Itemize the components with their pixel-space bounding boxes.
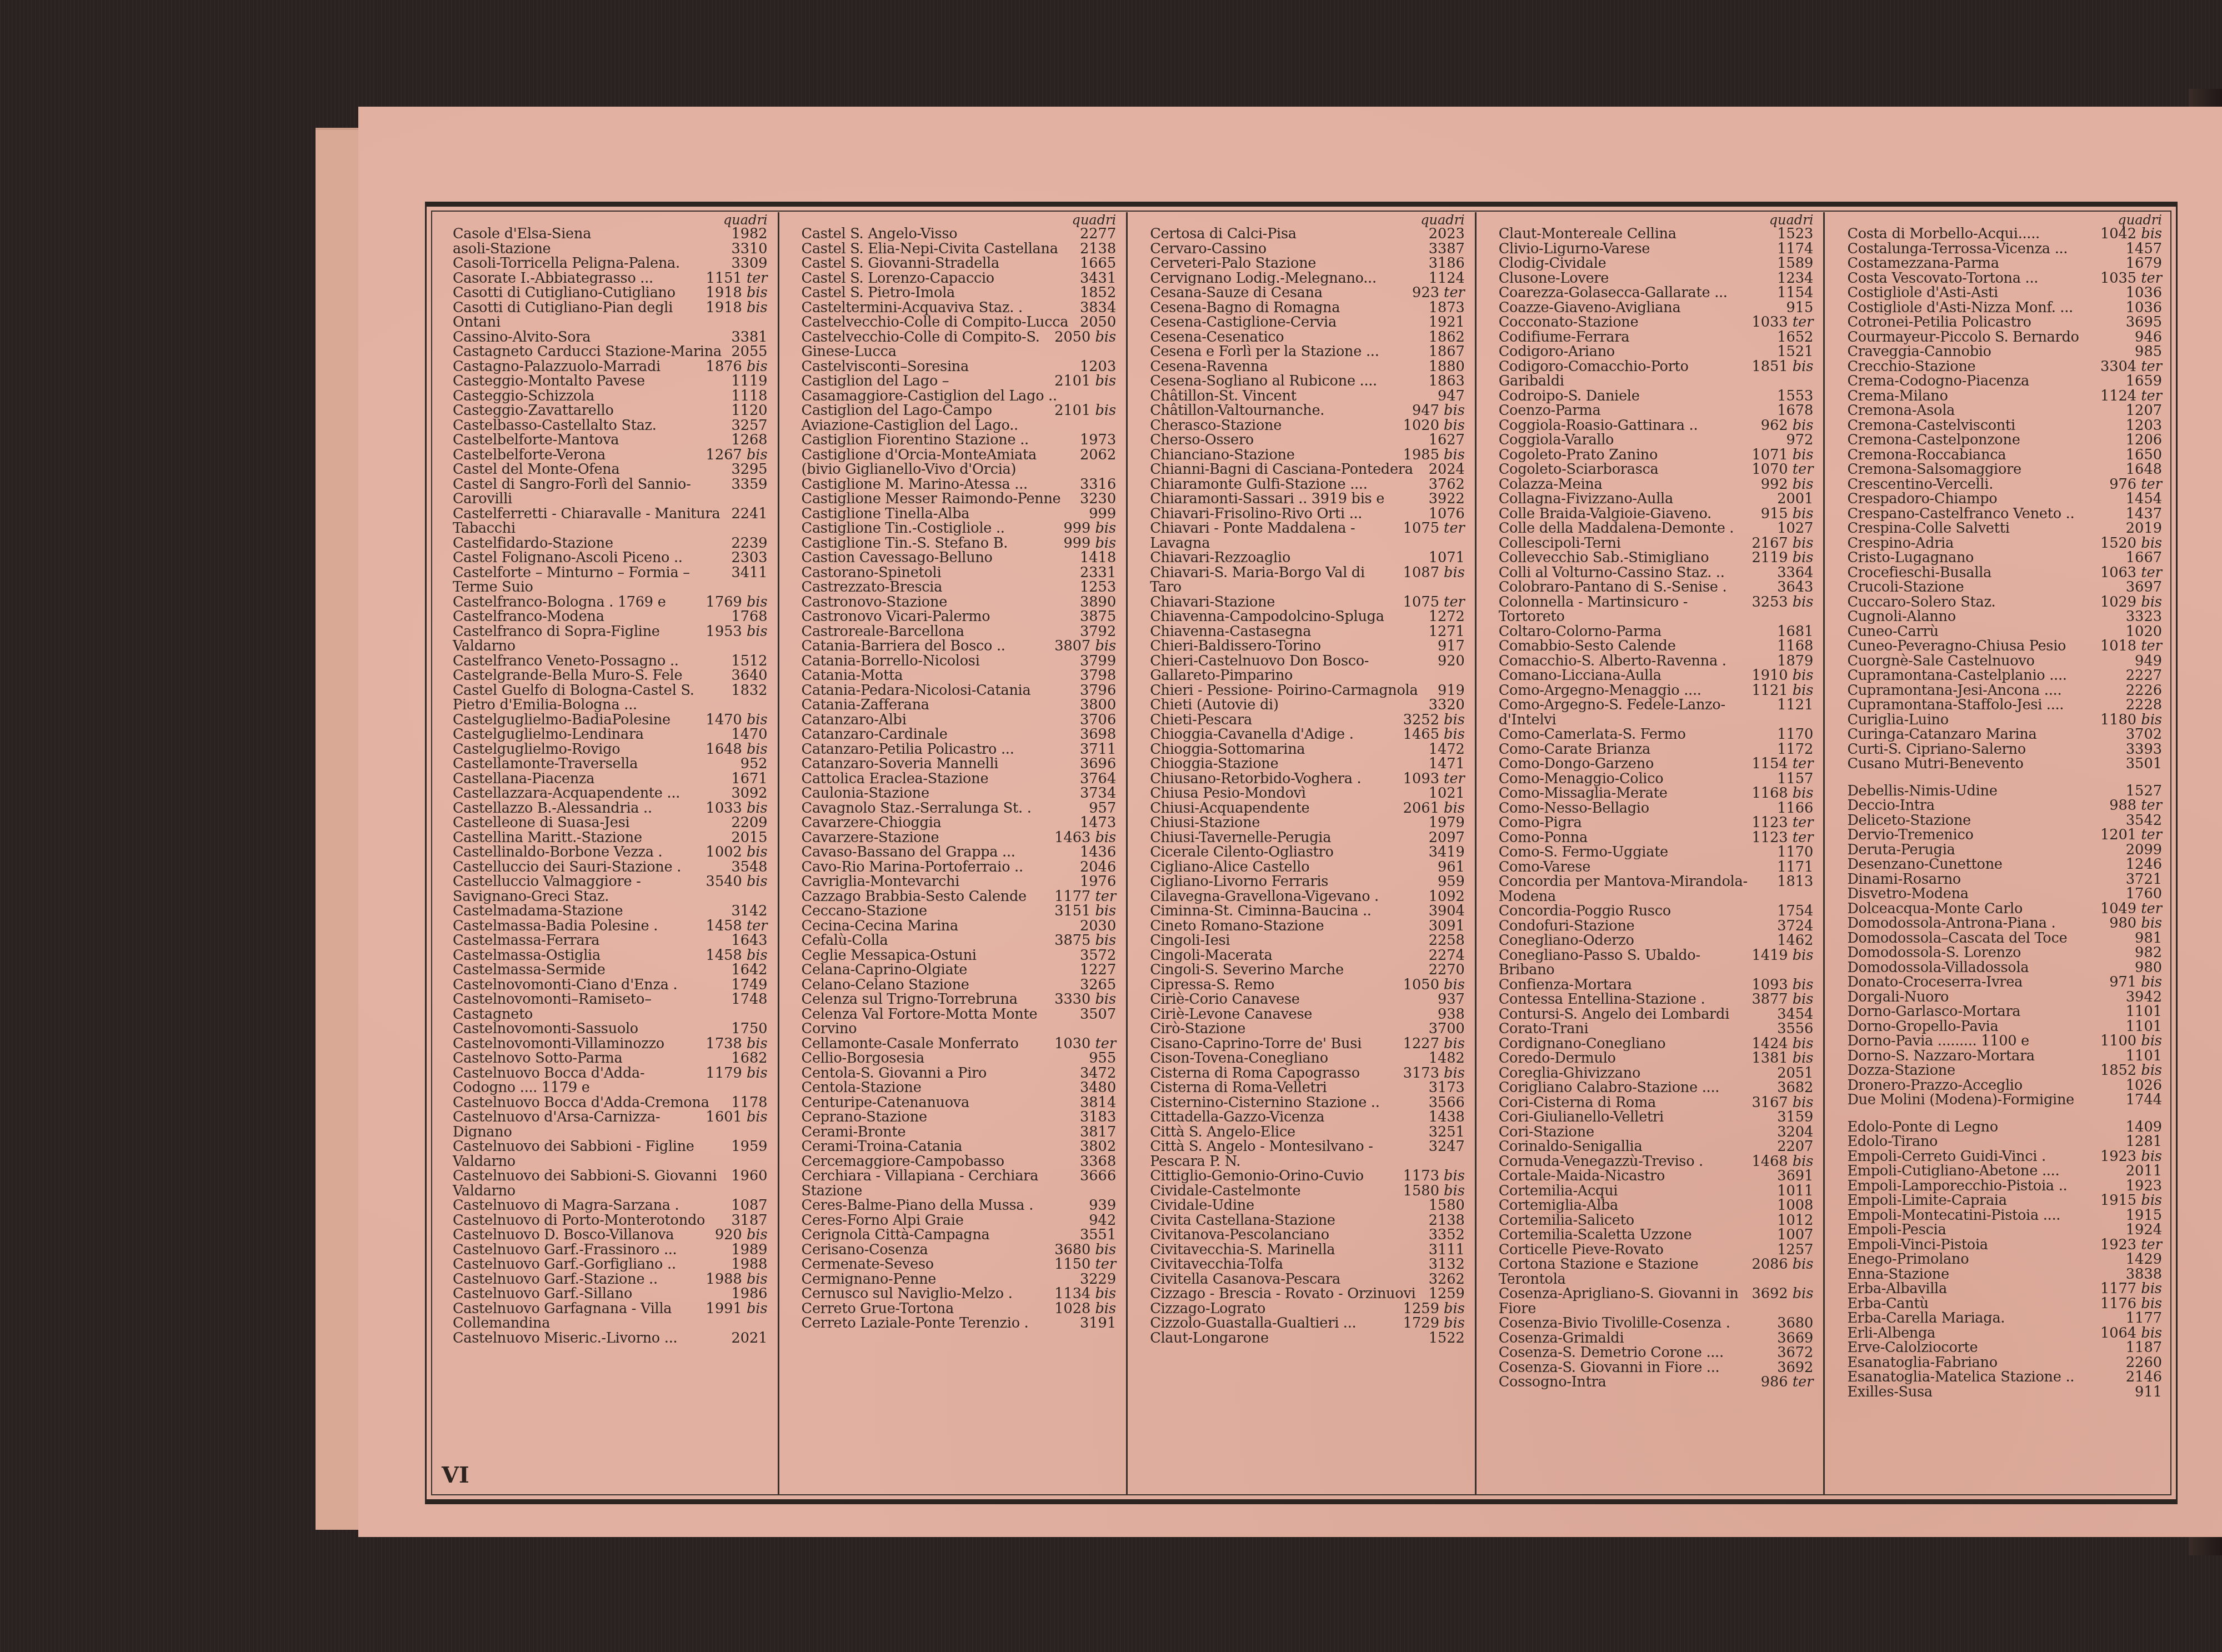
quadro-number: 1177 xyxy=(2123,1311,2162,1326)
index-entry: 1748Castelnovomonti–Ramiseto–Castagneto xyxy=(453,992,770,1022)
index-entry: 1173 bisCittiglio-Gemonio-Orino-Cuvio xyxy=(1150,1169,1467,1184)
route-name: Celenza Val Fortore-Motta Monte Corvino xyxy=(802,1006,1038,1038)
quadro-number: 1976 xyxy=(1077,874,1116,889)
quadro-suffix: bis xyxy=(2141,1280,2162,1297)
route-name: Castelluccio Valmaggiore - Savignano-Gre… xyxy=(453,873,641,905)
quadro-number: 999 bis xyxy=(1060,521,1116,536)
index-entry: 1482Cison-Tovena-Conegliano xyxy=(1150,1051,1467,1066)
quadro-number: 1100 bis xyxy=(2097,1034,2162,1049)
route-name: Chiavari - Ponte Maddalena - Lavagna xyxy=(1150,520,1355,552)
index-entry: 1463 bisCavarzere-Stazione xyxy=(802,830,1119,845)
quadro-number: 3904 xyxy=(1425,904,1465,919)
quadro-number: 2051 xyxy=(1774,1066,1813,1081)
quadro-number: 2209 xyxy=(728,815,767,830)
quadro-number: 980 xyxy=(2131,960,2162,975)
index-entry: 1259 bisCizzago-Lograto xyxy=(1150,1301,1467,1316)
index-entry: 1458 bisCastelmassa-Ostiglia xyxy=(453,948,770,963)
index-entry: 1063 terCrocefieschi-Busalla xyxy=(1847,565,2164,580)
quadro-number: 1681 xyxy=(1774,624,1813,639)
route-name: Castellamonte-Traversella xyxy=(453,755,638,772)
quadro-number: 3551 xyxy=(1077,1228,1116,1243)
index-entry: 1679Costamezzana-Parma xyxy=(1847,256,2164,271)
route-name: Castelmassa-Ostiglia xyxy=(453,947,600,964)
index-entry: 2021Castelnuovo Miseric.-Livorno ... xyxy=(453,1331,770,1346)
index-entry: 1470Castelguglielmo-Lendinara xyxy=(453,727,770,742)
quadro-number: 1123 ter xyxy=(1748,815,1813,830)
route-name: Cuneo-Peveragno-Chiusa Pesio xyxy=(1847,638,2066,654)
quadro-number: 1020 bis xyxy=(1400,418,1465,433)
route-name: Castelnovomonti–Ramiseto–Castagneto xyxy=(453,991,652,1023)
quadro-number: 1986 xyxy=(728,1286,767,1301)
quadro-number: 1424 bis xyxy=(1748,1037,1813,1052)
route-name: Codigoro-Comacchio-Porto Garibaldi xyxy=(1499,358,1689,390)
quadro-number: 3330 bis xyxy=(1051,992,1116,1007)
route-name: Cigliano-Livorno Ferraris xyxy=(1150,873,1328,890)
quadro-number: 2021 xyxy=(728,1331,767,1346)
quadro-suffix: bis xyxy=(1444,447,1465,463)
index-entry: 2260Esanatoglia-Fabriano xyxy=(1847,1355,2164,1370)
index-entry: 1671Castellana-Piacenza xyxy=(453,772,770,787)
quadro-suffix: ter xyxy=(2141,270,2162,287)
quadro-number: 3814 xyxy=(1077,1095,1116,1110)
quadro-number: 3173 bis xyxy=(1400,1066,1465,1081)
index-entry: 3173Cisterna di Roma-Velletri xyxy=(1150,1080,1467,1095)
index-entry: 3142Castelmadama-Stazione xyxy=(453,904,770,919)
route-name: Cocconato-Stazione xyxy=(1499,314,1639,331)
quadro-number: 1150 ter xyxy=(1051,1257,1116,1272)
quadro-suffix: ter xyxy=(2141,388,2162,404)
index-entry: 2011Empoli-Cutigliano-Abetone .... xyxy=(1847,1164,2164,1179)
index-entry: 1627Cherso-Ossero xyxy=(1150,433,1467,448)
route-name: Como-Nesso-Bellagio xyxy=(1499,800,1649,817)
index-entry: 1991 bisCastelnuovo Garfagnana - Villa C… xyxy=(453,1301,770,1331)
quadro-suffix: bis xyxy=(1793,549,1814,566)
quadro-number: 1203 xyxy=(1077,359,1116,374)
quadro-suffix: bis xyxy=(2141,915,2162,932)
index-entry: 3904Ciminna-St. Ciminna-Baucina .. xyxy=(1150,904,1467,919)
quadro-number: 1754 xyxy=(1774,904,1813,919)
quadro-number: 2046 xyxy=(1077,860,1116,875)
quadro-suffix: bis xyxy=(1793,417,1814,434)
index-entry: 3251Città S. Angelo-Elice xyxy=(1150,1125,1467,1140)
quadro-number: 1176 bis xyxy=(2097,1296,2162,1311)
quadro-number: 1036 xyxy=(2123,286,2162,301)
route-name: Castelgrande-Bella Muro-S. Fele xyxy=(453,667,682,684)
index-entry: 947Châtillon-St. Vincent xyxy=(1150,389,1467,404)
route-name: Castelnuovo d'Arsa-Carnizza-Dignano xyxy=(453,1109,660,1140)
quadro-number: 911 xyxy=(2131,1385,2162,1400)
route-name: Cupramontana-Staffolo-Jesi .... xyxy=(1847,697,2064,713)
route-name: Castellina Maritt.-Stazione xyxy=(453,829,642,846)
quadro-number: 1170 xyxy=(1774,727,1813,742)
index-entry: 3320Chieti (Autovie di) xyxy=(1150,698,1467,713)
route-name: Craveggia-Cannobio xyxy=(1847,343,1991,360)
route-name: Cesena-Castiglione-Cervia xyxy=(1150,314,1337,331)
quadro-number: 3111 xyxy=(1425,1243,1465,1258)
route-name: Crespino-Adria xyxy=(1847,535,1954,552)
route-name: Castelbasso-Castellalto Staz. xyxy=(453,417,657,434)
quadro-number: 1271 xyxy=(1425,624,1465,639)
route-name: Coggiola-Roasio-Gattinara .. xyxy=(1499,417,1698,434)
quadro-number: 3132 xyxy=(1425,1257,1465,1272)
quadro-number: 3501 xyxy=(2123,757,2162,772)
quadro-number: 1118 xyxy=(728,389,767,404)
route-name: Dorno-Garlasco-Mortara xyxy=(1847,1003,2020,1020)
quadro-number: 919 xyxy=(1434,683,1465,698)
route-name: Cuneo-Carrù xyxy=(1847,623,1938,640)
route-name: Cassino-Alvito-Sora xyxy=(453,329,590,346)
quadro-number: 1643 xyxy=(728,933,767,948)
route-name: Costigliole d'Asti-Nizza Monf. ... xyxy=(1847,299,2073,316)
route-name: Castiglione Tinella-Alba xyxy=(802,505,970,522)
route-name: Dorno-Gropello-Pavia xyxy=(1847,1018,1998,1035)
index-entry: 1457Costalunga-Terrossa-Vicenza ... xyxy=(1847,242,2164,257)
route-name: Codroipo-S. Daniele xyxy=(1499,388,1640,404)
quadro-number: 1462 xyxy=(1774,933,1813,948)
index-entry: 982Domodossola-S. Lorenzo xyxy=(1847,945,2164,960)
quadro-number: 3309 xyxy=(728,256,767,271)
route-name: Castelnuovo Garf.-Frassinoro ... xyxy=(453,1241,677,1258)
index-entry: 2331Castorano-Spinetoli xyxy=(802,565,1119,580)
quadro-suffix: bis xyxy=(747,800,768,817)
index-entry: 1473Cavarzere-Chioggia xyxy=(802,815,1119,830)
quadro-number: 1652 xyxy=(1774,330,1813,345)
index-entry: 3151 bisCeccano-Stazione xyxy=(802,904,1119,919)
index-entry: 1852 bisDozza-Stazione xyxy=(1847,1063,2164,1078)
route-name: Casteggio-Zavattarello xyxy=(453,402,614,419)
route-name: Crocefieschi-Busalla xyxy=(1847,564,1991,581)
quadro-number: 1409 xyxy=(2123,1120,2162,1135)
index-entry: 1180 bisCuriglia-Luino xyxy=(1847,713,2164,728)
quadro-suffix: bis xyxy=(1444,726,1465,743)
index-entry: 3702Curinga-Catanzaro Marina xyxy=(1847,727,2164,742)
quadro-number: 3700 xyxy=(1425,1022,1465,1037)
quadro-number: 915 bis xyxy=(1758,507,1814,522)
quadro-number: 1749 xyxy=(728,978,767,993)
route-name: Casoli-Torricella Peligna-Palena. xyxy=(453,255,680,272)
route-name: Empoli-Lamporecchio-Pistoia .. xyxy=(1847,1178,2067,1194)
index-entry: 1472Chioggia-Sottomarina xyxy=(1150,742,1467,757)
route-name: Cortona Stazione e Stazione Terontola xyxy=(1499,1256,1699,1288)
index-entry: 3698Catanzaro-Cardinale xyxy=(802,727,1119,742)
route-name: Casteggio-Schizzola xyxy=(453,388,594,404)
index-entry: 3540 bisCastelluccio Valmaggiore - Savig… xyxy=(453,874,770,904)
index-entry: 2086 bisCortona Stazione e Stazione Tero… xyxy=(1499,1257,1816,1286)
quadro-number: 1601 bis xyxy=(703,1110,768,1125)
route-name: Due Molini (Modena)-Formigine xyxy=(1847,1092,2074,1108)
route-name: Coreglia-Ghivizzano xyxy=(1499,1065,1640,1082)
index-entry: 2050Castelvecchio-Colle di Compito-Lucca xyxy=(802,315,1119,330)
index-entry: 1659Crema-Codogno-Piacenza xyxy=(1847,374,2164,389)
quadro-number: 2227 xyxy=(2123,668,2162,683)
route-name: Crespadoro-Chiampo xyxy=(1847,490,1997,507)
route-name: Dervio-Tremenico xyxy=(1847,827,1973,843)
quadro-suffix: bis xyxy=(1095,402,1116,419)
quadro-number: 1124 xyxy=(1425,271,1465,286)
index-entry: 1157Como-Menaggio-Colico xyxy=(1499,772,1816,787)
route-name: Erba-Cantù xyxy=(1847,1295,1928,1312)
index-entry: 2274Cingoli-Macerata xyxy=(1150,948,1467,963)
index-entry: 1070 terCogoleto-Sciarborasca xyxy=(1499,462,1816,477)
route-name: Castelfranco Veneto-Possagno .. xyxy=(453,653,679,669)
quadro-number: 1769 bis xyxy=(703,595,768,610)
quadro-number: 3721 xyxy=(2123,872,2162,887)
quadro-number: 1381 bis xyxy=(1748,1051,1813,1066)
route-name: Castelvecchio-Colle di Compito-S. Ginese… xyxy=(802,329,1040,361)
index-entry: 1589Clodig-Cividale xyxy=(1499,256,1816,271)
route-name: Cisano-Caprino-Torre de' Busi xyxy=(1150,1035,1362,1052)
index-entry: 3419Cicerale Cilento-Ogliastro xyxy=(1150,845,1467,860)
route-name: Cesana-Sauze di Cesana xyxy=(1150,284,1323,301)
quadro-number: 955 xyxy=(1085,1051,1116,1066)
route-name: Colle della Maddalena-Demonte . xyxy=(1499,520,1734,537)
index-entry: 3734Caulonia-Stazione xyxy=(802,786,1119,801)
route-name: Cittadella-Gazzo-Vicenza xyxy=(1150,1109,1324,1125)
index-entry: 3711Catanzaro-Petilia Policastro ... xyxy=(802,742,1119,757)
index-columns: quadri 1982Casole d'Elsa-Siena 3310asoli… xyxy=(431,212,2172,1495)
index-entry: 1101Dorno-Gropello-Pavia xyxy=(1847,1019,2164,1034)
route-name: Castelvisconti–Soresina xyxy=(802,358,969,375)
letter-group-divider xyxy=(1847,1108,2164,1120)
index-entry: 3411Castelforte – Minturno – Formia – Te… xyxy=(453,565,770,595)
route-name: Empoli-Cerreto Guidi-Vinci . xyxy=(1847,1148,2046,1165)
route-name: Collescipoli-Terni xyxy=(1499,535,1621,552)
quadro-number: 1154 ter xyxy=(1748,757,1813,772)
quadro-number: 3669 xyxy=(1774,1331,1813,1346)
quadro-number: 1985 bis xyxy=(1400,448,1465,463)
quadro-number: 1924 xyxy=(2123,1223,2162,1238)
index-entry: 937Ciriè-Corio Canavese xyxy=(1150,992,1467,1007)
index-entry: 1271Chiavenna-Castasegna xyxy=(1150,624,1467,639)
quadro-number: 992 bis xyxy=(1758,477,1814,492)
index-entry: 1246Desenzano-Cunettone xyxy=(1847,857,2164,872)
index-entry: 1187Erve-Calolziocorte xyxy=(1847,1340,2164,1355)
index-entry: 1580Cividale-Udine xyxy=(1150,1198,1467,1213)
quadro-suffix: bis xyxy=(747,712,768,728)
route-name: Casotti di Cutigliano-Pian degli Ontani xyxy=(453,299,673,331)
index-entry: 3551Cerignola Città-Campagna xyxy=(802,1228,1119,1243)
index-entry: 915Coazze-Giaveno-Avigliana xyxy=(1499,301,1816,316)
route-name: Empoli-Cutigliano-Abetone .... xyxy=(1847,1163,2059,1179)
route-name: Cineto Romano-Stazione xyxy=(1150,918,1324,934)
route-name: Costalunga-Terrossa-Vicenza ... xyxy=(1847,241,2068,257)
quadro-number: 2241 xyxy=(728,507,767,522)
index-entry: 949Cuorgnè-Sale Castelnuovo xyxy=(1847,654,2164,669)
quadro-number: 2270 xyxy=(1425,963,1465,978)
index-entry: 2055Castagneto Carducci Stazione-Marina xyxy=(453,344,770,359)
route-name: Collevecchio Sab.-Stimigliano xyxy=(1499,549,1709,566)
index-entry: 1253Castrezzato-Brescia xyxy=(802,580,1119,595)
route-name: Cingoli-S. Severino Marche xyxy=(1150,962,1344,978)
index-entry: 3431Castel S. Lorenzo-Capaccio xyxy=(802,271,1119,286)
index-entry: 1064 bisErli-Albenga xyxy=(1847,1326,2164,1341)
quadro-number: 3666 xyxy=(1077,1169,1116,1184)
quadro-number: 3691 xyxy=(1774,1169,1813,1184)
route-name: Chieri - Pessione- Poirino-Carmagnola xyxy=(1150,682,1418,699)
quadro-number: 1267 bis xyxy=(703,448,768,463)
quadro-number: 1522 xyxy=(1425,1331,1465,1346)
index-entry: 3091Cineto Romano-Stazione xyxy=(1150,919,1467,934)
index-entry: 1982Casole d'Elsa-Siena xyxy=(453,227,770,242)
index-entry: 1973Castiglion Fiorentino Stazione .. xyxy=(802,433,1119,448)
quadro-number: 1026 xyxy=(2123,1078,2162,1093)
index-entry: 3724Condofuri-Stazione xyxy=(1499,919,1816,934)
index-entry: 2101 bisCastiglion del Lago – Casamaggio… xyxy=(802,374,1119,403)
quadro-number: 1033 ter xyxy=(1748,315,1813,330)
route-name: Costa di Morbello-Acqui..... xyxy=(1847,226,2039,242)
quadro-number: 3942 xyxy=(2123,990,2162,1005)
index-entry: 1036Costigliole d'Asti-Asti xyxy=(1847,286,2164,301)
quadro-suffix: bis xyxy=(1444,1168,1465,1184)
quadro-suffix: ter xyxy=(1793,814,1814,831)
index-entry: 3480Centola-Stazione xyxy=(802,1080,1119,1095)
quadro-number: 3480 xyxy=(1077,1080,1116,1095)
index-entry: 1092Cilavegna-Gravellona-Vigevano . xyxy=(1150,889,1467,904)
index-entry: 3697Crucoli-Stazione xyxy=(1847,580,2164,595)
route-name: Châtillon-Valtournanche. xyxy=(1150,402,1324,419)
route-name: Cizzago - Brescia - Rovato - Orzinuovi xyxy=(1150,1285,1415,1302)
quadro-number: 3798 xyxy=(1077,668,1116,683)
route-name: Cividale-Udine xyxy=(1150,1197,1254,1214)
index-entry: 915 bisColle Braida-Valgioie-Giaveno. xyxy=(1499,507,1816,522)
index-entry: 961Cigliano-Alice Castello xyxy=(1150,860,1467,875)
index-entry: 3706Catanzaro-Albi xyxy=(802,713,1119,728)
index-entry: 1454Crespadoro-Chiampo xyxy=(1847,492,2164,507)
quadro-number: 2097 xyxy=(1425,830,1465,845)
quadro-suffix: bis xyxy=(1095,1241,1116,1258)
route-name: Chioggia-Sottomarina xyxy=(1150,741,1305,758)
quadro-number: 3368 xyxy=(1077,1154,1116,1169)
quadro-number: 3204 xyxy=(1774,1125,1813,1140)
route-name: Casotti di Cutigliano-Cutigliano xyxy=(453,284,675,301)
route-name: Castelguglielmo-BadiaPolesine xyxy=(453,712,670,728)
index-entry: 920 bisCastelnuovo D. Bosco-Villanova xyxy=(453,1228,770,1243)
route-name: Chiavari-Frisolino-Rivo Orti ... xyxy=(1150,505,1362,522)
quadro-number: 1482 xyxy=(1425,1051,1465,1066)
route-name: Castronovo Vicari-Palermo xyxy=(802,608,990,625)
index-entry: 1985 bisChianciano-Stazione xyxy=(1150,448,1467,463)
index-entry: 3942Dorgali-Nuoro xyxy=(1847,990,2164,1005)
route-name: Costigliole d'Asti-Asti xyxy=(1847,284,1998,301)
quadro-number: 3802 xyxy=(1077,1139,1116,1154)
route-name: Castel Guelfo di Bologna-Castel S. Pietr… xyxy=(453,682,694,714)
route-name: Esanatoglia-Fabriano xyxy=(1847,1354,1997,1371)
quadro-suffix: bis xyxy=(2141,1062,2162,1079)
route-name: Empoli-Pescia xyxy=(1847,1222,1946,1238)
route-name: Ceres-Balme-Piano della Mussa . xyxy=(802,1197,1033,1214)
index-entry: 971 bisDonato-Croceserra-Ivrea xyxy=(1847,975,2164,990)
route-name: Catania-Pedara-Nicolosi-Catania xyxy=(802,682,1031,699)
quadro-number: 1512 xyxy=(728,654,767,669)
quadro-number: 1154 xyxy=(1774,286,1813,301)
quadro-number: 1627 xyxy=(1425,433,1465,448)
route-name: Cortemilia-Acqui xyxy=(1499,1183,1618,1199)
quadro-number: 1650 xyxy=(2123,448,2162,463)
quadro-suffix: bis xyxy=(1095,829,1116,846)
index-entry: 999Castiglione Tinella-Alba xyxy=(802,507,1119,522)
quadro-suffix: bis xyxy=(747,1227,768,1243)
index-entry: 1863Cesena-Sogliano al Rubicone .... xyxy=(1150,374,1467,389)
index-entry: 1042 bisCosta di Morbello-Acqui..... xyxy=(1847,227,2164,242)
index-entry: 1101Dorno-S. Nazzaro-Mortara xyxy=(1847,1049,2164,1064)
index-entry: 2239Castelfidardo-Stazione xyxy=(453,536,770,551)
route-name: Cerreto Laziale-Ponte Terenzio . xyxy=(802,1315,1029,1331)
quadro-number: 1873 xyxy=(1425,301,1465,316)
route-name: Cosenza-Bivio Tivolille-Cosenza . xyxy=(1499,1315,1730,1331)
index-entry: 3253 bisColonnella - Martinsicuro - Tort… xyxy=(1499,595,1816,624)
quadro-number: 1527 xyxy=(2123,784,2162,799)
index-entry: 3187Castelnuovo di Porto-Monterotondo xyxy=(453,1213,770,1228)
route-name: Exilles-Susa xyxy=(1847,1384,1932,1400)
quadro-number: 1679 xyxy=(2123,256,2162,271)
route-name: Châtillon-St. Vincent xyxy=(1150,388,1296,404)
quadro-number: 1257 xyxy=(1774,1243,1813,1258)
entry-list: 2023Certosa di Calci-Pisa 3387Cervaro-Ca… xyxy=(1150,227,1467,1345)
route-name: Castiglione Tin.-Costigliole .. xyxy=(802,520,1005,537)
quadro-number: 2061 bis xyxy=(1400,801,1465,816)
quadro-number: 1979 xyxy=(1425,815,1465,830)
index-entry: 3680Cosenza-Bivio Tivolille-Cosenza . xyxy=(1499,1316,1816,1331)
quadro-number: 999 bis xyxy=(1060,536,1116,551)
route-name: Cupramontana-Jesi-Ancona .... xyxy=(1847,682,2061,699)
route-name: Cerreto Grue-Tortona xyxy=(802,1300,954,1317)
index-entry: 1601 bisCastelnuovo d'Arsa-Carnizza-Dign… xyxy=(453,1110,770,1139)
index-entry: 3572Ceglie Messapica-Ostuni xyxy=(802,948,1119,963)
quadro-suffix: bis xyxy=(1793,1050,1814,1067)
route-name: Comano-Licciana-Aulla xyxy=(1499,667,1662,684)
quadro-suffix: bis xyxy=(747,284,768,301)
quadro-number: 923 ter xyxy=(1409,286,1465,301)
quadro-number: 3875 xyxy=(1077,609,1116,624)
index-entry: 2015Castellina Maritt.-Stazione xyxy=(453,830,770,845)
index-entry: 1959Castelnuovo dei Sabbioni - Figline V… xyxy=(453,1139,770,1169)
route-name: Civita Castellana-Stazione xyxy=(1150,1212,1335,1229)
route-name: Cesena-Ravenna xyxy=(1150,358,1268,375)
quadro-suffix: bis xyxy=(747,947,768,964)
index-entry: 1989Castelnuovo Garf.-Frassinoro ... xyxy=(453,1243,770,1258)
route-name: Castelnuovo di Porto-Monterotondo xyxy=(453,1212,705,1229)
quadro-number: 1087 bis xyxy=(1400,565,1465,580)
quadro-suffix: bis xyxy=(747,844,768,860)
route-name: Chiaramonti-Sassari .. 3919 bis e xyxy=(1150,490,1384,507)
quadro-number: 1012 xyxy=(1774,1213,1813,1228)
index-entry: 2101 bisCastiglion del Lago-Campo Aviazi… xyxy=(802,403,1119,433)
route-name: Castellazzo B.-Alessandria .. xyxy=(453,800,652,817)
column-header-quadri: quadri xyxy=(1150,213,1467,227)
quadro-number: 3695 xyxy=(2123,315,2162,330)
quadro-number: 999 xyxy=(1085,507,1116,522)
quadro-number: 952 xyxy=(737,757,768,772)
route-name: Contursi-S. Angelo dei Lombardi xyxy=(1499,1006,1729,1023)
quadro-suffix: bis xyxy=(1095,903,1116,919)
route-name: Cesena e Forlì per la Stazione ... xyxy=(1150,343,1379,360)
quadro-suffix: ter xyxy=(2141,358,2162,375)
index-entry: 3721Dinami-Rosarno xyxy=(1847,872,2164,887)
quadro-number: 980 bis xyxy=(2106,916,2162,931)
index-entry: 1120Casteggio-Zavattarello xyxy=(453,403,770,418)
index-entry: 1035 terCosta Vescovato-Tortona ... xyxy=(1847,271,2164,286)
quadro-number: 1076 xyxy=(1425,507,1465,522)
route-name: Erve-Calolziocorte xyxy=(1847,1339,1978,1356)
quadro-number: 942 xyxy=(1085,1213,1116,1228)
route-name: Empoli-Vinci-Pistoia xyxy=(1847,1237,1988,1253)
route-name: Castelfranco di Sopra-Figline Valdarno xyxy=(453,623,660,655)
quadro-number: 3295 xyxy=(728,462,767,477)
route-name: Cividale-Castelmonte xyxy=(1150,1183,1300,1199)
index-entry: 1738 bisCastelnovomonti-Villaminozzo xyxy=(453,1037,770,1052)
quadro-number: 1033 bis xyxy=(703,801,768,816)
quadro-number: 1665 xyxy=(1077,256,1116,271)
